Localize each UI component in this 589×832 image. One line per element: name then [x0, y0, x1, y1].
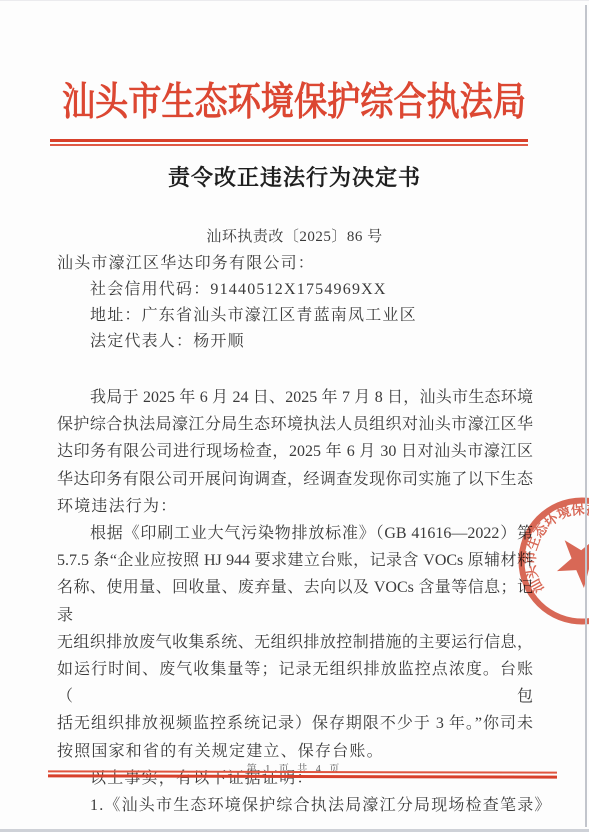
scan-edge-top — [0, 0, 589, 1]
recipient-name-line: 汕头市濠江区华达印务有限公司： — [57, 251, 533, 277]
letterhead-divider-line — [50, 139, 528, 147]
agency-letterhead-title: 汕头市生态环境保护综合执法局 — [0, 80, 589, 126]
footer-divider-line — [48, 770, 557, 778]
body-line: 无组织排放废气收集系统、无组织排放控制措施的主要运行信息， — [57, 629, 533, 656]
seal-star-icon — [547, 529, 589, 595]
body-line: 根据《印刷工业大气污染物排放标准》（GB 41616—2022）第 — [57, 520, 533, 547]
body-line: 环境违法行为： — [57, 493, 533, 520]
body-line: 达印务有限公司进行现场检查，2025 年 6 月 30 日对汕头市濠江区 — [57, 438, 533, 465]
credit-code-line: 社会信用代码：91440512X1754969XX — [57, 277, 533, 303]
body-line: 保护综合执法局濠江分局生态环境执法人员组织对汕头市濠江区华 — [57, 411, 533, 438]
body-line: 如运行时间、废气收集量等；记录无组织排放监控点浓度。台账（包 — [57, 656, 533, 710]
document-body-text: 我局于 2025 年 6 月 24 日、2025 年 7 月 8 日，汕头市生态… — [57, 384, 533, 819]
document-title: 责令改正违法行为决定书 — [0, 161, 589, 192]
address-line: 地址：广东省汕头市濠江区青蓝南凤工业区 — [57, 303, 533, 329]
body-line: 我局于 2025 年 6 月 24 日、2025 年 7 月 8 日，汕头市生态… — [57, 384, 533, 411]
divider-thin-bar — [50, 144, 528, 146]
body-line: 华达印务有限公司开展问询调查，经调查发现你司实施了以下生态 — [57, 466, 533, 493]
scanned-document-page: 汕头市生态环境保护综合执法局 责令改正违法行为决定书 汕环执责改〔2025〕86… — [0, 0, 589, 832]
body-line: 5.7.5 条“企业应按照 HJ 944 要求建立台账，记录含 VOCs 原辅材… — [57, 547, 533, 574]
document-number: 汕环执责改〔2025〕86 号 — [0, 225, 589, 246]
agency-name-text: 汕头市生态环境保护综合执法局 — [62, 80, 526, 126]
body-line: 名称、使用量、回收量、废弃量、去向以及 VOCs 含量等信息；记录 — [57, 574, 533, 628]
legal-representative-line: 法定代表人：杨开顺 — [57, 329, 533, 355]
scan-edge-right — [585, 5, 587, 827]
body-line: 1.《汕头市生态环境保护综合执法局濠江分局现场检查笔录》 — [57, 792, 533, 819]
body-line: 括无组织排放视频监控系统记录）保存期限不少于 3 年。”你司未 — [57, 710, 533, 737]
recipient-info-block: 汕头市濠江区华达印务有限公司：社会信用代码：91440512X1754969XX… — [57, 251, 533, 355]
